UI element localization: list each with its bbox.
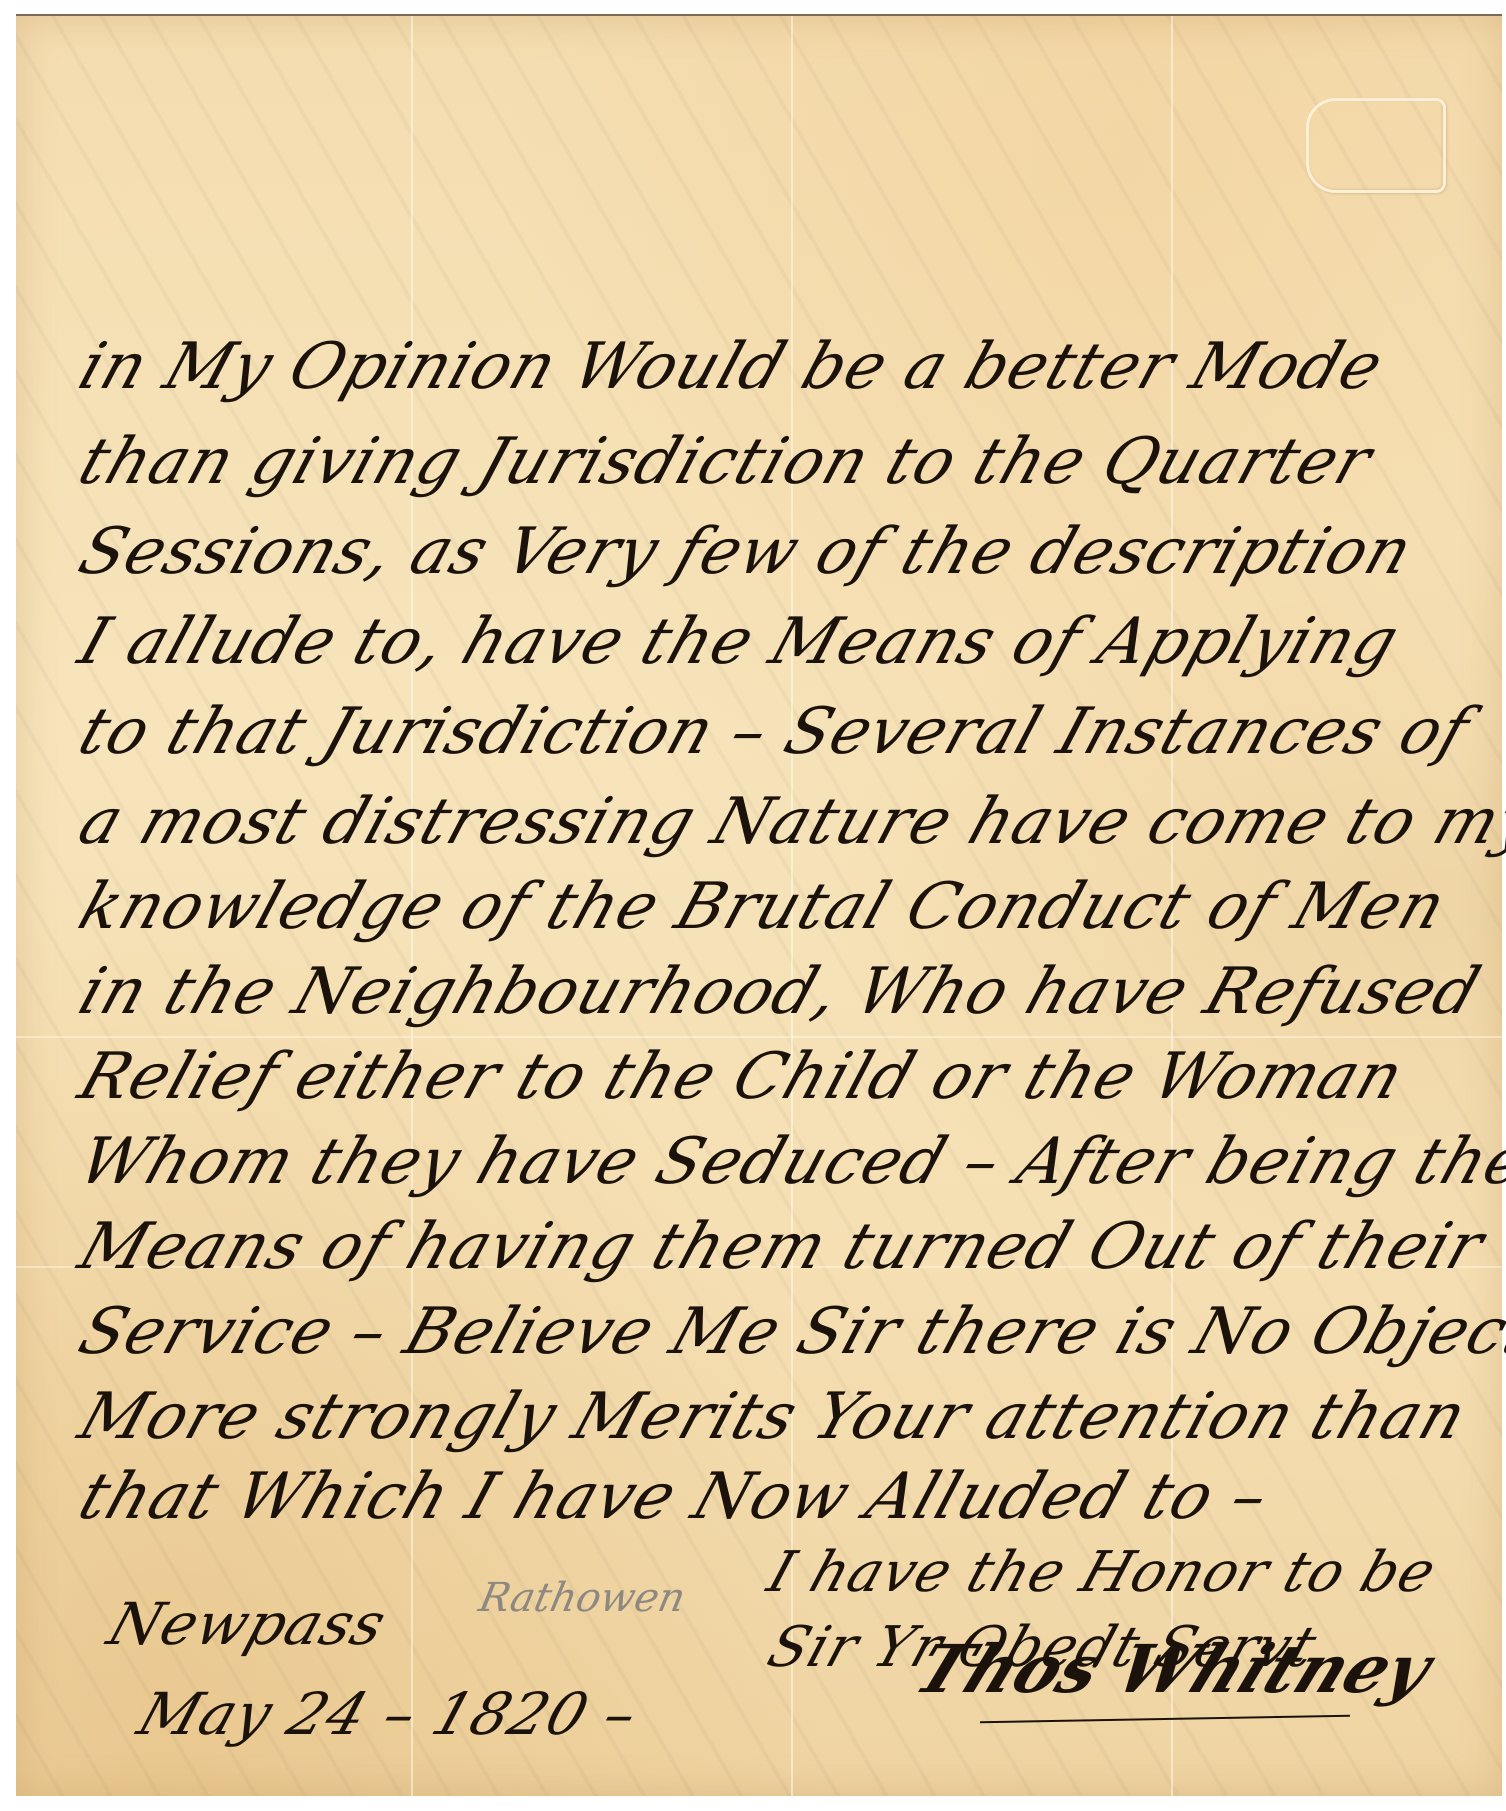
letter-line: in My Opinion Would be a better Mode — [70, 330, 1392, 404]
letter-line: knowledge of the Brutal Conduct of Men — [70, 870, 1455, 944]
letter-line: Relief either to the Child or the Woman — [70, 1040, 1413, 1114]
place-name: Newpass — [100, 1590, 395, 1658]
closing-line: I have the Honor to be — [760, 1540, 1444, 1605]
letter-line: to that Jurisdiction – Several Instances… — [70, 695, 1478, 769]
letter-line: I allude to, have the Means of Applying — [70, 605, 1408, 679]
letter-line: Means of having them turned Out of their — [70, 1210, 1493, 1284]
pencil-annotation: Rathowen — [475, 1575, 689, 1621]
letter-line: that Which I have Now Alluded to – — [70, 1460, 1278, 1534]
fold-line — [16, 1036, 1502, 1038]
letter-line: Service – Believe Me Sir there is No Obj… — [70, 1295, 1506, 1369]
letter-line: Sessions, as Very few of the description — [70, 515, 1422, 589]
letter-line: than giving Jurisdiction to the Quarter — [70, 425, 1381, 499]
signature: Thos Whitney — [904, 1630, 1443, 1708]
letter-line: a most distressing Nature have come to m… — [70, 785, 1506, 859]
letter-line: in the Neighbourhood, Who have Refused — [70, 955, 1489, 1029]
letter-date: May 24 – 1820 – — [130, 1680, 647, 1748]
letter-line: Whom they have Seduced – After being the — [70, 1125, 1506, 1199]
letter-line: More strongly Merits Your attention than — [70, 1380, 1476, 1454]
embossed-stamp-icon — [1306, 98, 1446, 193]
